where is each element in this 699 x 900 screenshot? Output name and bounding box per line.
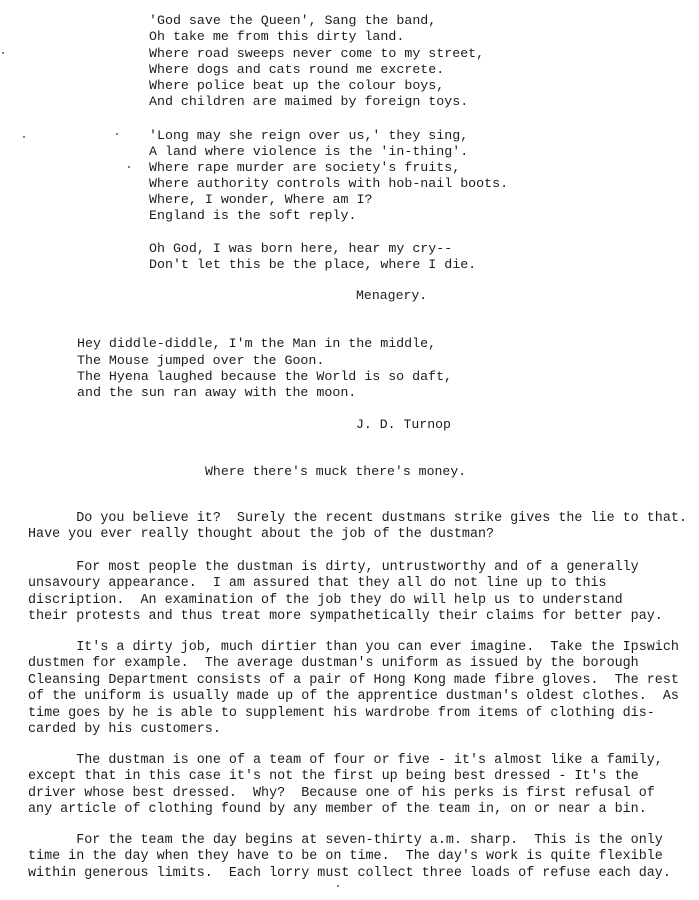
poem-line: The Hyena laughed because the World is s… <box>77 369 452 385</box>
article-paragraph: For the team the day begins at seven-thi… <box>28 833 688 882</box>
poem-line: England is the soft reply. <box>149 208 356 224</box>
poem-line: The Mouse jumped over the Goon. <box>77 353 324 369</box>
paper-speck <box>2 52 4 54</box>
paper-speck <box>23 136 25 138</box>
article-title: Where there's muck there's money. <box>205 464 466 480</box>
paper-speck <box>116 133 118 135</box>
poem-line: Hey diddle-diddle, I'm the Man in the mi… <box>77 336 436 352</box>
article-paragraph: For most people the dustman is dirty, un… <box>28 560 688 626</box>
article-paragraph: It's a dirty job, much dirtier than you … <box>28 640 688 738</box>
poem-line: Oh take me from this dirty land. <box>149 29 404 45</box>
poem-line: Where authority controls with hob-nail b… <box>149 176 508 192</box>
poem-line: Where, I wonder, Where am I? <box>149 192 372 208</box>
poem-author: J. D. Turnop <box>356 417 451 433</box>
poem-line: Where rape murder are society's fruits, <box>149 160 460 176</box>
poem-line: 'God save the Queen', Sang the band, <box>149 13 436 29</box>
poem-title: Menagery. <box>356 288 427 304</box>
poem-line: Where police beat up the colour boys, <box>149 78 444 94</box>
paper-speck <box>337 885 339 887</box>
poem-line: Don't let this be the place, where I die… <box>149 257 476 273</box>
paper-speck <box>77 619 79 621</box>
article-paragraph: Do you believe it? Surely the recent dus… <box>28 511 688 544</box>
article-paragraph: The dustman is one of a team of four or … <box>28 753 688 819</box>
poem-line: A land where violence is the 'in-thing'. <box>149 144 468 160</box>
poem-line: Where dogs and cats round me excrete. <box>149 62 444 78</box>
poem-line: Where road sweeps never come to my stree… <box>149 46 484 62</box>
poem-line: And children are maimed by foreign toys. <box>149 94 468 110</box>
poem-line: 'Long may she reign over us,' they sing, <box>149 128 468 144</box>
paper-speck <box>128 166 130 168</box>
poem-line: and the sun ran away with the moon. <box>77 385 356 401</box>
typewritten-page: 'God save the Queen', Sang the band, Oh … <box>0 0 699 900</box>
poem-line: Oh God, I was born here, hear my cry-- <box>149 241 452 257</box>
